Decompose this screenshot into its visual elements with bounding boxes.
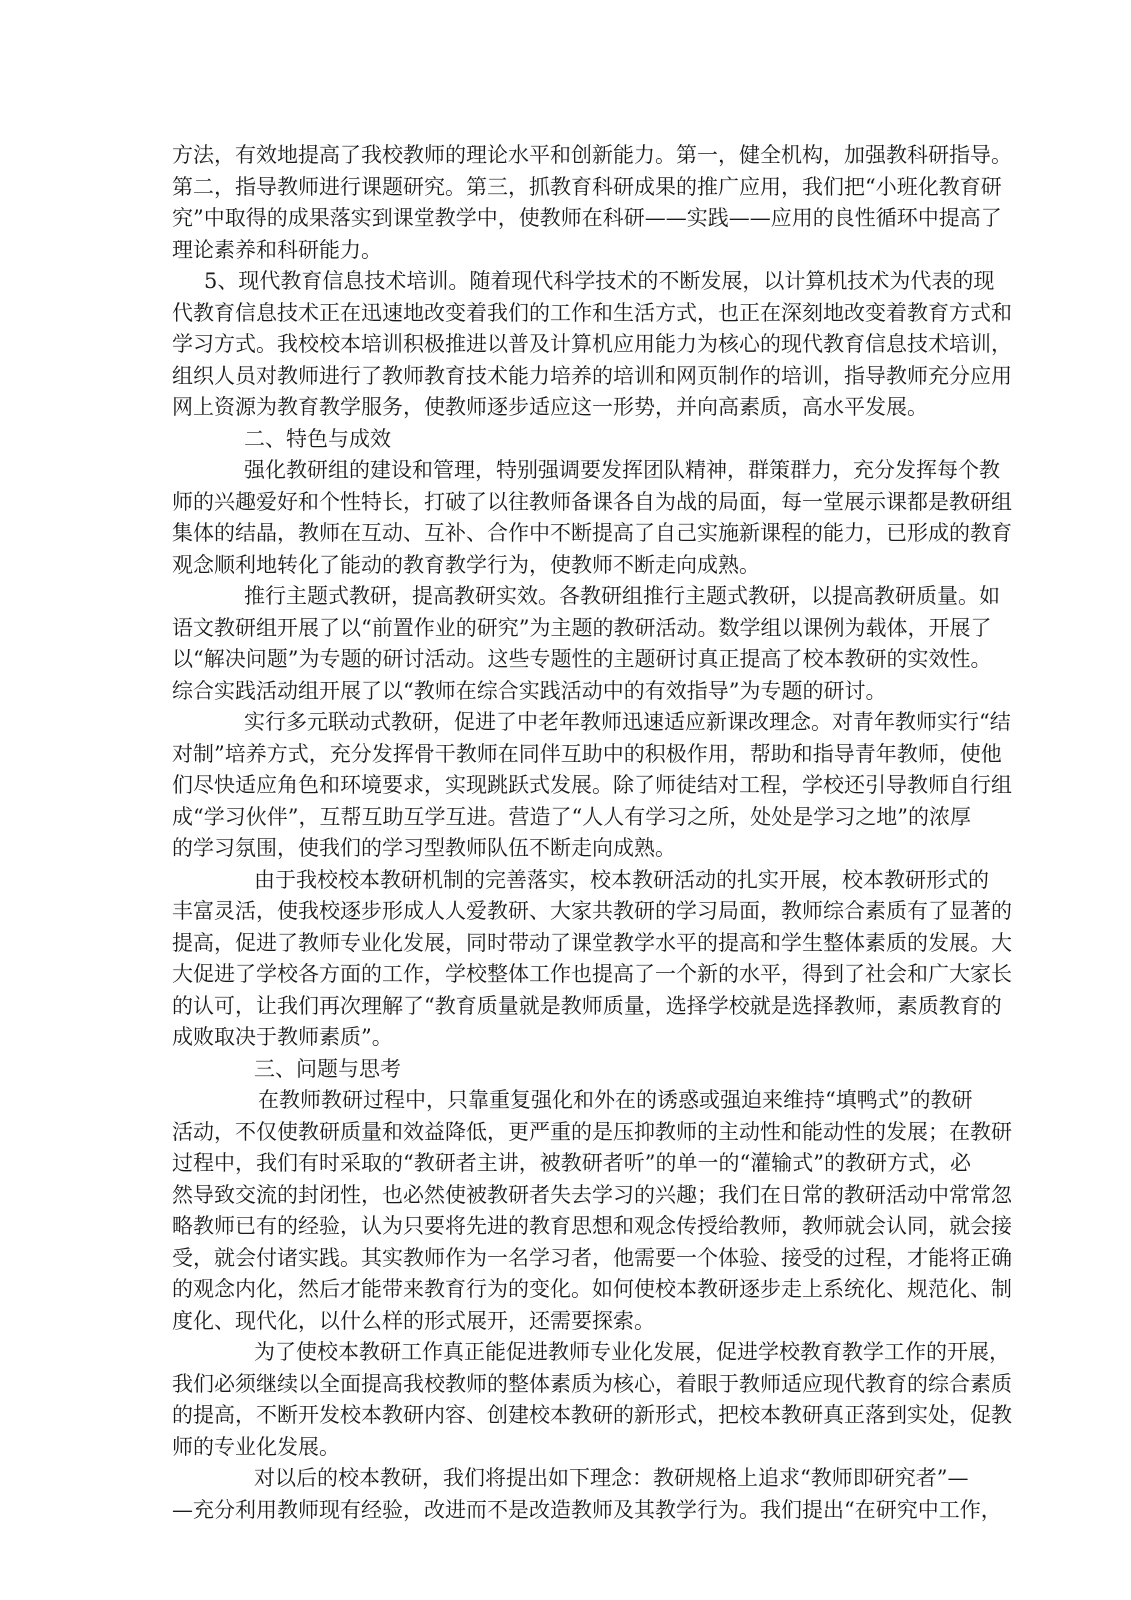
text-line: 综合实践活动组开展了以“教师在综合实践活动中的有效指导”为专题的研讨。 bbox=[172, 676, 958, 708]
text-line: 代教育信息技术正在迅速地改变着我们的工作和生活方式，也正在深刻地改变着教育方式和 bbox=[172, 298, 958, 330]
text-line: 推行主题式教研，提高教研实效。各教研组推行主题式教研，以提高教研质量。如 bbox=[172, 581, 958, 613]
paragraph: 在教师教研过程中，只靠重复强化和外在的诱惑或强迫来维持“填鸭式”的教研 活动，不… bbox=[172, 1085, 958, 1337]
text-line: 网上资源为教育教学服务，使教师逐步适应这一形势，并向高素质，高水平发展。 bbox=[172, 392, 958, 424]
paragraph: 强化教研组的建设和管理，特别强调要发挥团队精神，群策群力，充分发挥每个教 师的兴… bbox=[172, 455, 958, 581]
text-line: 语文教研组开展了以“前置作业的研究”为主题的教研活动。数学组以课例为载体，开展了 bbox=[172, 613, 958, 645]
section-heading-problems: 三、问题与思考 bbox=[172, 1054, 958, 1086]
text-line: 对以后的校本教研，我们将提出如下理念：教研规格上追求“教师即研究者”— bbox=[172, 1463, 958, 1495]
paragraph: 实行多元联动式教研，促进了中老年教师迅速适应新课改理念。对青年教师实行“结 对制… bbox=[172, 707, 958, 865]
text-line: 的提高，不断开发校本教研内容、创建校本教研的新形式，把校本教研真正落到实处，促教 bbox=[172, 1400, 958, 1432]
paragraph: 为了使校本教研工作真正能促进教师专业化发展，促进学校教育教学工作的开展， 我们必… bbox=[172, 1337, 958, 1463]
text-line: 以“解决问题”为专题的研讨活动。这些专题性的主题研讨真正提高了校本教研的实效性。 bbox=[172, 644, 958, 676]
text-line: 的观念内化，然后才能带来教育行为的变化。如何使校本教研逐步走上系统化、规范化、制 bbox=[172, 1274, 958, 1306]
text-line: —充分利用教师现有经验，改进而不是改造教师及其教学行为。我们提出“在研究中工作， bbox=[172, 1495, 958, 1527]
text-line: 组织人员对教师进行了教师教育技术能力培养的培训和网页制作的培训，指导教师充分应用 bbox=[172, 361, 958, 393]
text-line: 在教师教研过程中，只靠重复强化和外在的诱惑或强迫来维持“填鸭式”的教研 bbox=[172, 1085, 958, 1117]
document-page: 方法，有效地提高了我校教师的理论水平和创新能力。第一，健全机构，加强教科研指导。… bbox=[172, 140, 958, 1526]
heading-text: 三、问题与思考 bbox=[172, 1054, 958, 1086]
text-line: 的学习氛围，使我们的学习型教师队伍不断走向成熟。 bbox=[172, 833, 958, 865]
text-line: 观念顺利地转化了能动的教育教学行为，使教师不断走向成熟。 bbox=[172, 550, 958, 582]
text-line: 提高，促进了教师专业化发展，同时带动了课堂教学水平的提高和学生整体素质的发展。大 bbox=[172, 928, 958, 960]
heading-text: 二、特色与成效 bbox=[172, 424, 958, 456]
text-line: 们尽快适应角色和环境要求，实现跳跃式发展。除了师徒结对工程，学校还引导教师自行组 bbox=[172, 770, 958, 802]
text-line: 然导致交流的封闭性，也必然使被教研者失去学习的兴趣；我们在日常的教研活动中常常忽 bbox=[172, 1180, 958, 1212]
text-line: 度化、现代化，以什么样的形式展开，还需要探索。 bbox=[172, 1306, 958, 1338]
text-line: 实行多元联动式教研，促进了中老年教师迅速适应新课改理念。对青年教师实行“结 bbox=[172, 707, 958, 739]
text-line: 我们必须继续以全面提高我校教师的整体素质为核心，着眼于教师适应现代教育的综合素质 bbox=[172, 1369, 958, 1401]
text-line: 为了使校本教研工作真正能促进教师专业化发展，促进学校教育教学工作的开展， bbox=[172, 1337, 958, 1369]
text-line: 方法，有效地提高了我校教师的理论水平和创新能力。第一，健全机构，加强教科研指导。 bbox=[172, 140, 958, 172]
text-line: 略教师已有的经验，认为只要将先进的教育思想和观念传授给教师，教师就会认同，就会接 bbox=[172, 1211, 958, 1243]
text-line: 强化教研组的建设和管理，特别强调要发挥团队精神，群策群力，充分发挥每个教 bbox=[172, 455, 958, 487]
text-line: 究”中取得的成果落实到课堂教学中，使教师在科研——实践——应用的良性循环中提高了 bbox=[172, 203, 958, 235]
text-line: 理论素养和科研能力。 bbox=[172, 235, 958, 267]
text-line: 过程中，我们有时采取的“教研者主讲，被教研者听”的单一的“灌输式”的教研方式，必 bbox=[172, 1148, 958, 1180]
text-line: 学习方式。我校校本培训积极推进以普及计算机应用能力为核心的现代教育信息技术培训， bbox=[172, 329, 958, 361]
text-line: 丰富灵活，使我校逐步形成人人爱教研、大家共教研的学习局面，教师综合素质有了显著的 bbox=[172, 896, 958, 928]
paragraph: 对以后的校本教研，我们将提出如下理念：教研规格上追求“教师即研究者”— —充分利… bbox=[172, 1463, 958, 1526]
section-heading-features: 二、特色与成效 bbox=[172, 424, 958, 456]
text-line: 师的专业化发展。 bbox=[172, 1432, 958, 1464]
text-line: 活动，不仅使教研质量和效益降低，更严重的是压抑教师的主动性和能动性的发展；在教研 bbox=[172, 1117, 958, 1149]
paragraph: 5、现代教育信息技术培训。随着现代科学技术的不断发展，以计算机技术为代表的现 代… bbox=[172, 266, 958, 424]
text-line: 师的兴趣爱好和个性特长，打破了以往教师备课各自为战的局面，每一堂展示课都是教研组 bbox=[172, 487, 958, 519]
text-line: 受，就会付诸实践。其实教师作为一名学习者，他需要一个体验、接受的过程，才能将正确 bbox=[172, 1243, 958, 1275]
text-line: 对制”培养方式，充分发挥骨干教师在同伴互助中的积极作用，帮助和指导青年教师，使他 bbox=[172, 739, 958, 771]
text-line: 成“学习伙伴”，互帮互助互学互进。营造了“人人有学习之所，处处是学习之地”的浓厚 bbox=[172, 802, 958, 834]
text-line: 由于我校校本教研机制的完善落实，校本教研活动的扎实开展，校本教研形式的 bbox=[172, 865, 958, 897]
paragraph: 方法，有效地提高了我校教师的理论水平和创新能力。第一，健全机构，加强教科研指导。… bbox=[172, 140, 958, 266]
text-line: 的认可，让我们再次理解了“教育质量就是教师质量，选择学校就是选择教师，素质教育的 bbox=[172, 991, 958, 1023]
text-line: 成败取决于教师素质”。 bbox=[172, 1022, 958, 1054]
text-line: 大促进了学校各方面的工作，学校整体工作也提高了一个新的水平，得到了社会和广大家长 bbox=[172, 959, 958, 991]
paragraph: 推行主题式教研，提高教研实效。各教研组推行主题式教研，以提高教研质量。如 语文教… bbox=[172, 581, 958, 707]
paragraph: 由于我校校本教研机制的完善落实，校本教研活动的扎实开展，校本教研形式的 丰富灵活… bbox=[172, 865, 958, 1054]
text-line: 第二，指导教师进行课题研究。第三，抓教育科研成果的推广应用，我们把“小班化教育研 bbox=[172, 172, 958, 204]
text-line: 集体的结晶，教师在互动、互补、合作中不断提高了自己实施新课程的能力，已形成的教育 bbox=[172, 518, 958, 550]
text-line: 5、现代教育信息技术培训。随着现代科学技术的不断发展，以计算机技术为代表的现 bbox=[172, 266, 958, 298]
